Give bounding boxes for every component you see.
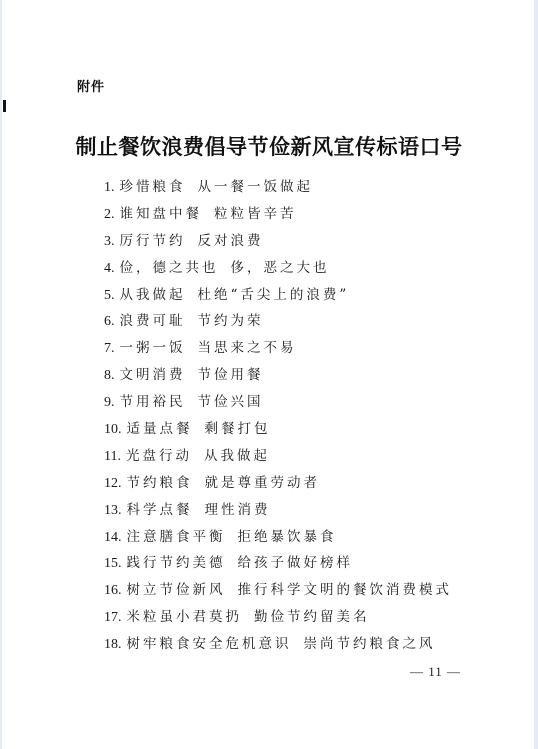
slogan-second-phrase: 从一餐一饭做起 [198, 179, 314, 195]
slogan-item: 17.米粒虽小君莫扔勤俭节约留美名 [104, 606, 452, 633]
slogan-item: 12.节约粮食就是尊重劳动者 [104, 472, 452, 499]
slogan-second-phrase: 节俭兴国 [198, 394, 264, 410]
slogan-second-phrase: 崇尚节约粮食之风 [304, 636, 436, 652]
slogan-number: 18. [104, 634, 122, 656]
slogan-second-phrase: 给孩子做好榜样 [238, 555, 354, 571]
slogan-first-phrase: 厉行节约 [120, 233, 186, 249]
slogan-second-phrase: 节约为荣 [198, 313, 264, 329]
slogan-first-phrase: 文明消费 [120, 367, 186, 383]
slogan-item: 4.俭，德之共也侈，恶之大也 [104, 257, 452, 284]
slogan-first-phrase: 科学点餐 [127, 502, 193, 518]
slogan-number: 3. [104, 231, 115, 253]
slogan-second-phrase: 反对浪费 [198, 233, 264, 249]
slogan-number: 13. [104, 500, 122, 522]
slogan-number: 9. [104, 392, 115, 414]
slogan-item: 3.厉行节约反对浪费 [104, 230, 452, 257]
slogan-second-phrase: 推行科学文明的餐饮消费模式 [238, 582, 453, 598]
slogan-first-phrase: 践行节约美德 [127, 555, 226, 571]
slogan-second-phrase: 当思来之不易 [198, 340, 297, 356]
slogan-first-phrase: 光盘行动 [126, 448, 192, 464]
slogan-number: 1. [104, 177, 115, 199]
page-number: — 11 — [410, 664, 461, 680]
slogan-item: 14.注意膳食平衡拒绝暴饮暴食 [104, 526, 452, 553]
slogan-number: 15. [104, 553, 122, 575]
slogan-number: 16. [104, 580, 122, 602]
slogan-number: 17. [104, 607, 122, 629]
slogan-first-phrase: 树牢粮食安全危机意识 [127, 636, 292, 652]
slogan-item: 7.一粥一饭当思来之不易 [104, 337, 452, 364]
slogan-second-phrase: 剩餐打包 [205, 421, 271, 437]
slogan-item: 9.节用裕民节俭兴国 [104, 391, 452, 418]
slogan-number: 2. [104, 204, 115, 226]
slogan-first-phrase: 节用裕民 [120, 394, 186, 410]
slogan-second-phrase: 就是尊重劳动者 [205, 475, 321, 491]
slogan-number: 6. [104, 311, 115, 333]
slogan-second-phrase: 杜绝“舌尖上的浪费” [198, 287, 350, 303]
slogan-number: 11. [104, 446, 121, 468]
slogan-second-phrase: 侈，恶之大也 [231, 260, 330, 276]
slogan-first-phrase: 树立节俭新风 [127, 582, 226, 598]
slogan-second-phrase: 节俭用餐 [198, 367, 264, 383]
slogan-first-phrase: 节约粮食 [127, 475, 193, 491]
slogan-first-phrase: 浪费可耻 [120, 313, 186, 329]
slogan-second-phrase: 理性消费 [205, 502, 271, 518]
slogan-first-phrase: 谁知盘中餐 [120, 206, 203, 222]
slogan-item: 13.科学点餐理性消费 [104, 499, 452, 526]
slogan-first-phrase: 适量点餐 [127, 421, 193, 437]
slogan-item: 6.浪费可耻节约为荣 [104, 310, 452, 337]
document-title: 制止餐饮浪费倡导节俭新风宣传标语口号 [0, 131, 538, 161]
slogan-item: 15.践行节约美德给孩子做好榜样 [104, 552, 452, 579]
slogan-number: 8. [104, 365, 115, 387]
slogan-item: 10.适量点餐剩餐打包 [104, 418, 452, 445]
slogan-item: 16.树立节俭新风推行科学文明的餐饮消费模式 [104, 579, 452, 606]
slogan-item: 18.树牢粮食安全危机意识崇尚节约粮食之风 [104, 633, 452, 660]
scan-edge-right [534, 0, 538, 749]
slogan-number: 10. [104, 419, 122, 441]
slogan-number: 14. [104, 527, 122, 549]
slogan-item: 8.文明消费节俭用餐 [104, 364, 452, 391]
slogan-second-phrase: 从我做起 [204, 448, 270, 464]
slogan-list: 1.珍惜粮食从一餐一饭做起 2.谁知盘中餐粒粒皆辛苦 3.厉行节约反对浪费 4.… [104, 176, 452, 660]
slogan-number: 7. [104, 338, 115, 360]
slogan-first-phrase: 注意膳食平衡 [127, 529, 226, 545]
slogan-first-phrase: 一粥一饭 [120, 340, 186, 356]
attachment-label: 附件 [77, 76, 105, 95]
slogan-first-phrase: 从我做起 [120, 287, 186, 303]
slogan-first-phrase: 米粒虽小君莫扔 [127, 609, 243, 625]
slogan-number: 12. [104, 473, 122, 495]
scan-edge-left [0, 0, 2, 749]
scan-mark [3, 100, 6, 112]
slogan-first-phrase: 珍惜粮食 [120, 179, 186, 195]
slogan-number: 5. [104, 285, 115, 307]
slogan-second-phrase: 拒绝暴饮暴食 [238, 529, 337, 545]
slogan-second-phrase: 勤俭节约留美名 [254, 609, 370, 625]
slogan-first-phrase: 俭，德之共也 [120, 260, 219, 276]
slogan-item: 1.珍惜粮食从一餐一饭做起 [104, 176, 452, 203]
slogan-item: 5.从我做起杜绝“舌尖上的浪费” [104, 284, 452, 311]
slogan-second-phrase: 粒粒皆辛苦 [214, 206, 297, 222]
slogan-number: 4. [104, 258, 115, 280]
slogan-item: 11.光盘行动从我做起 [104, 445, 452, 472]
slogan-item: 2.谁知盘中餐粒粒皆辛苦 [104, 203, 452, 230]
